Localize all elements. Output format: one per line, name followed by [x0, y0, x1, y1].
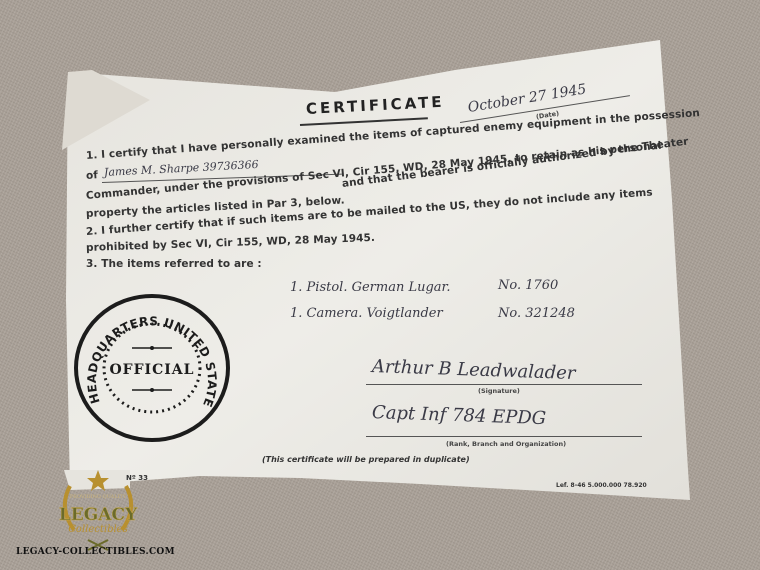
item-2-number: No. 321248: [498, 306, 575, 321]
item-2-description: 1. Camera. Voigtlander: [290, 306, 443, 321]
logo-sub-brand: Collectibles: [68, 524, 127, 535]
para3: 3. The items referred to are :: [86, 258, 262, 270]
signature-line: [366, 384, 642, 385]
star-icon: [87, 470, 109, 491]
legacy-collectibles-logo: PROVIDING QUALITY LEGACY Collectibles: [48, 468, 148, 552]
logo-tagline: PROVIDING QUALITY: [70, 494, 127, 500]
seal-center-text: OFFICIAL: [109, 362, 194, 378]
logo-brand: LEGACY: [59, 505, 138, 525]
item-1-number: No. 1760: [498, 278, 558, 293]
item-1-description: 1. Pistol. German Lugar.: [290, 280, 450, 295]
website-url[interactable]: LEGACY-COLLECTIBLES.COM: [16, 547, 175, 557]
para1-of: of: [86, 169, 99, 182]
rank-label: (Rank, Branch and Organization): [446, 440, 566, 448]
signature-label: (Signature): [478, 387, 520, 395]
footer-reference: Lef. 8-46 5.000.000 78.920: [556, 482, 647, 489]
duplicate-note: (This certificate will be prepared in du…: [262, 455, 470, 464]
official-seal-stamp: HEADQUARTERS UNITED STATES FORCES EUROPE…: [72, 292, 232, 444]
rank-line: [366, 436, 642, 437]
